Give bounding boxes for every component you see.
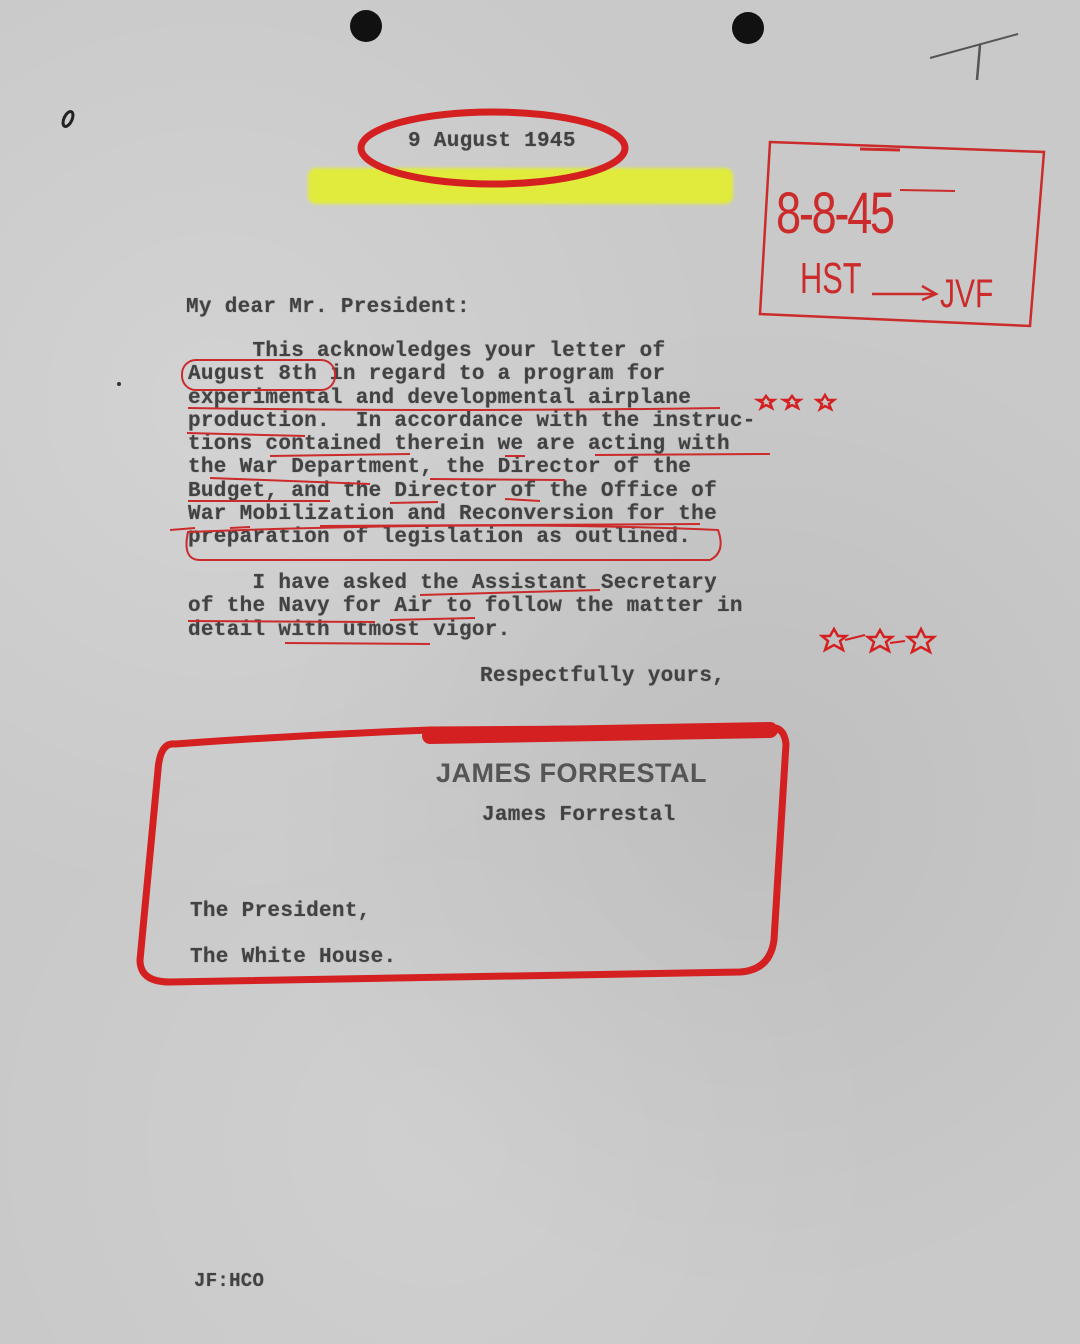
binder-hole-right — [732, 12, 764, 44]
right-arrow-icon — [872, 286, 936, 300]
paragraph-line: tions contained therein we are acting wi… — [188, 433, 756, 456]
paragraph-line: detail with utmost vigor. — [188, 619, 743, 642]
salutation: My dear Mr. President: — [186, 296, 470, 319]
paragraph-line: War Mobilization and Reconversion for th… — [188, 503, 756, 526]
binder-hole-left — [350, 10, 382, 42]
addressee-line-1: The President, — [190, 900, 371, 923]
date-highlight — [308, 168, 733, 204]
star-icon — [822, 629, 846, 650]
paragraph-line: I have asked the Assistant Secretary — [188, 572, 743, 595]
star-icon — [784, 396, 800, 408]
paragraph-line: This acknowledges your letter of — [188, 340, 756, 363]
paragraph-line: August 8th in regard to a program for — [188, 363, 756, 386]
letter-date: 9 August 1945 — [408, 130, 576, 153]
stars-bottom — [822, 629, 934, 652]
handwritten-to: JVF — [940, 272, 993, 317]
stars-top — [758, 395, 834, 409]
signature-typed: James Forrestal — [482, 804, 676, 827]
paragraph-line: experimental and developmental airplane — [188, 387, 756, 410]
paragraph-1: This acknowledges your letter of August … — [188, 340, 756, 550]
paragraph-line: Budget, and the Director of the Office o… — [188, 480, 756, 503]
handwritten-from: HST — [800, 254, 862, 304]
paragraph-2: I have asked the Assistant Secretary of … — [188, 572, 743, 642]
handwritten-date: 8-8-45 — [776, 180, 893, 247]
addressee-line-2: The White House. — [190, 946, 396, 969]
paragraph-line: of the Navy for Air to follow the matter… — [188, 595, 743, 618]
closing: Respectfully yours, — [480, 665, 725, 688]
paragraph-line: production. In accordance with the instr… — [188, 410, 756, 433]
star-icon — [868, 630, 892, 651]
reference-initials: JF:HCO — [194, 1270, 264, 1292]
star-icon — [908, 629, 934, 652]
paragraph-line: preparation of legislation as outlined. — [188, 526, 756, 549]
signature-stamp: JAMES FORRESTAL — [436, 758, 707, 789]
star-icon — [758, 396, 774, 408]
star-icon — [817, 395, 834, 409]
paragraph-line: the War Department, the Director of the — [188, 456, 756, 479]
